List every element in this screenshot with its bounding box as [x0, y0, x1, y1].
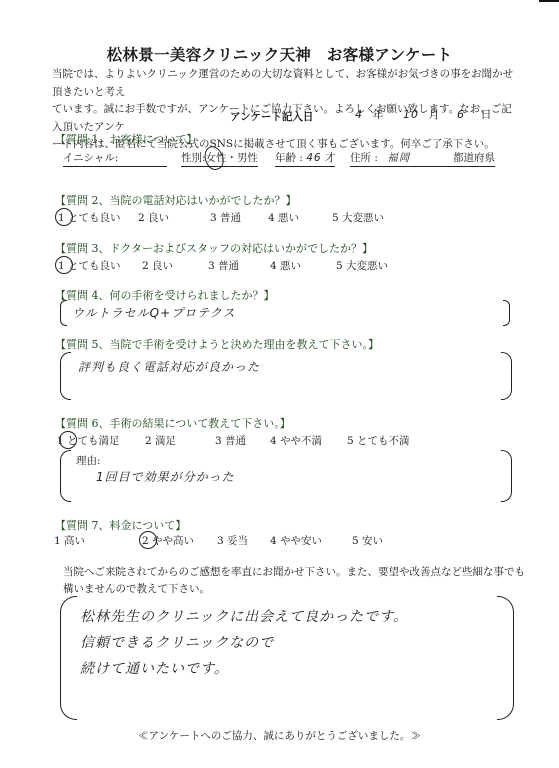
- address-value: 福岡: [387, 152, 410, 164]
- q2-option-3[interactable]: 3 普通: [210, 210, 241, 225]
- right-bracket: [503, 300, 510, 326]
- right-bracket: [501, 450, 512, 502]
- left-bracket: [60, 300, 67, 326]
- q4-answer-box[interactable]: ウルトラセルQ+プロテクス: [60, 300, 510, 326]
- q7-option-4[interactable]: 4 やや安い: [270, 533, 322, 548]
- q5-answer-box[interactable]: 評判も良く電話対応が良かった: [60, 352, 512, 400]
- q7-option-2[interactable]: 2 やや高い: [142, 533, 194, 548]
- q7-option-3[interactable]: 3 妥当: [217, 533, 248, 548]
- q7-option-1[interactable]: 1 高い: [54, 533, 85, 548]
- selected-circle: [59, 431, 77, 449]
- selected-circle: [139, 531, 157, 549]
- gender-field[interactable]: 性別:女性・男性: [181, 150, 258, 167]
- q2-option-1[interactable]: 1 とても良い: [58, 210, 121, 225]
- q3-option-1[interactable]: 1 とても良い: [58, 258, 121, 273]
- q2-option-2[interactable]: 2 良い: [138, 210, 169, 225]
- date-label: アンケート記入日: [230, 109, 313, 124]
- address-field[interactable]: 住所 : 福岡 都道府県: [350, 150, 495, 167]
- age-value: 46: [306, 152, 321, 164]
- q7-options: 1 高い 2 やや高い 3 妥当 4 やや安い 5 安い: [54, 533, 524, 549]
- impressions-prompt: 当院へご来院されてからのご感想を率直にお聞かせ下さい。また、要望や改善点など些細…: [63, 564, 533, 598]
- q6-heading: 【質問 6、手術の結果について教えて下さい。】: [55, 415, 291, 431]
- q3-heading: 【質問 3、ドクターおよびスタッフの対応はいかがでしたか？】: [55, 240, 373, 256]
- age-field[interactable]: 年齢 : 46 才: [275, 150, 335, 167]
- q1-fields: イニシャル: 性別:女性・男性 年齢 : 46 才 住所 : 福岡 都道府県: [63, 150, 533, 167]
- q4-answer: ウルトラセルQ+プロテクス: [72, 304, 236, 321]
- selected-circle: [55, 208, 73, 226]
- selected-circle: [55, 256, 73, 274]
- date-month[interactable]: 10: [403, 108, 419, 121]
- right-bracket: [501, 352, 512, 400]
- q6-option-2[interactable]: 2 満足: [145, 433, 176, 448]
- q6-option-1[interactable]: 1 とても満足: [57, 433, 120, 448]
- q6-options: 1 とても満足 2 満足 3 普通 4 やや不満 5 とても不満: [57, 433, 517, 449]
- reason-label: 理由:: [76, 453, 101, 468]
- q3-option-3[interactable]: 3 普通: [208, 258, 239, 273]
- survey-date: 4 年 10 月 6 日: [355, 106, 492, 122]
- date-year[interactable]: 4: [355, 108, 363, 121]
- left-bracket: [60, 450, 71, 502]
- q3-option-5[interactable]: 5 大変悪い: [336, 258, 388, 273]
- page-title: 松林景一美容クリニック天神 お客様アンケート: [0, 43, 559, 65]
- q6-reason-box[interactable]: 理由: 1回目で効果が分かった: [60, 450, 512, 502]
- q7-heading: 【質問 7、料金について】: [55, 517, 186, 533]
- right-bracket: [497, 596, 514, 720]
- q2-options: 1 とても良い 2 良い 3 普通 4 悪い 5 大変悪い: [58, 210, 518, 226]
- q6-option-5[interactable]: 5 とても不満: [347, 433, 410, 448]
- q5-answer: 評判も良く電話対応が良かった: [78, 358, 260, 375]
- intro-line: 当院では、よりよいクリニック運営のための大切な資料として、お客様がお気づきの事を…: [52, 66, 522, 101]
- q3-option-4[interactable]: 4 悪い: [270, 258, 301, 273]
- q2-option-5[interactable]: 5 大変悪い: [332, 210, 384, 225]
- initial-field[interactable]: イニシャル:: [63, 150, 167, 167]
- q6-option-4[interactable]: 4 やや不満: [270, 433, 322, 448]
- left-bracket: [60, 596, 77, 720]
- impressions-answer: 松林先生のクリニックに出会えて良かったです。 信頼できるクリニックなので 続けて…: [80, 604, 408, 682]
- q3-options: 1 とても良い 2 良い 3 普通 4 悪い 5 大変悪い: [58, 258, 518, 274]
- scan-edge-mark: [539, 0, 559, 2]
- q2-option-4[interactable]: 4 悪い: [268, 210, 299, 225]
- q5-heading: 【質問 5、当院で手術を受けようと決めた理由を教えて下さい。】: [55, 336, 379, 352]
- q1-heading: 【質問 1、お客様について】: [55, 131, 197, 147]
- left-bracket: [60, 352, 71, 400]
- impressions-answer-box[interactable]: 松林先生のクリニックに出会えて良かったです。 信頼できるクリニックなので 続けて…: [60, 596, 514, 720]
- q7-option-5[interactable]: 5 安い: [352, 533, 383, 548]
- date-day[interactable]: 6: [457, 108, 465, 121]
- q2-heading: 【質問 2、当院の電話対応はいかがでしたか？】: [55, 192, 297, 208]
- q6-option-3[interactable]: 3 普通: [215, 433, 246, 448]
- thanks-footer: ≪アンケートへのご協力、誠にありがとうございました。≫: [0, 728, 559, 743]
- q3-option-2[interactable]: 2 良い: [142, 258, 173, 273]
- q6-reason-answer: 1回目で効果が分かった: [96, 468, 235, 485]
